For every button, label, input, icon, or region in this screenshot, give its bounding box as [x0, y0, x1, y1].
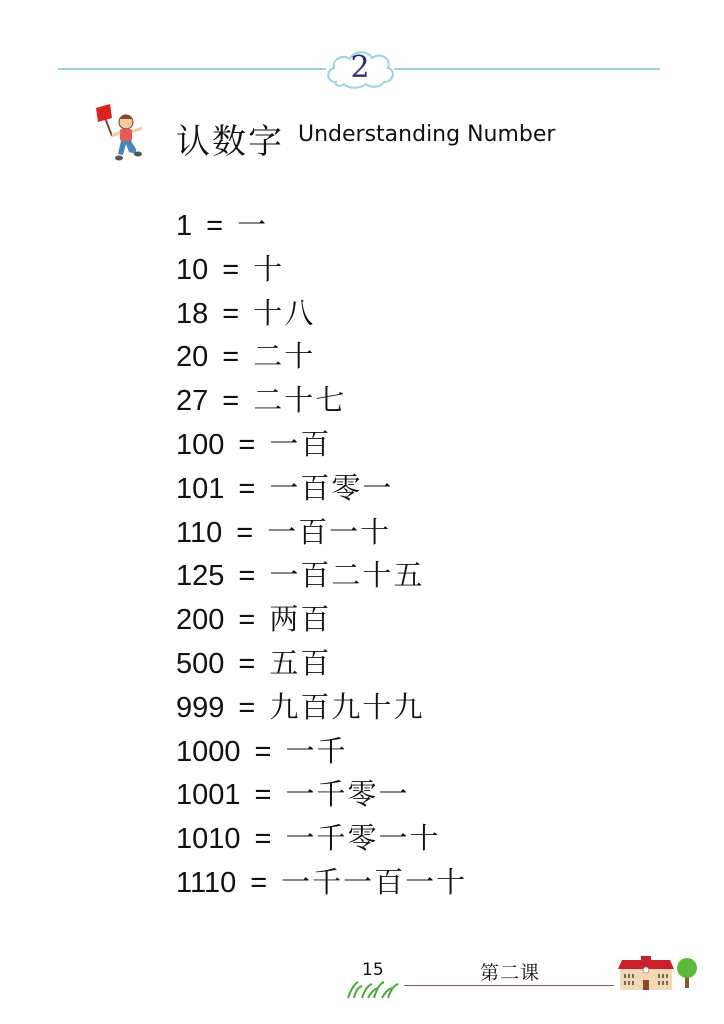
arabic-number: 125 — [176, 560, 224, 592]
chinese-number: 一千 — [285, 734, 347, 768]
chinese-number: 五百 — [269, 646, 331, 680]
number-row: 1001=一千零一 — [176, 773, 467, 817]
number-row: 125=一百二十五 — [176, 554, 467, 598]
arabic-number: 1 — [176, 210, 192, 242]
chinese-number: 一千零一 — [285, 777, 409, 811]
equals-sign: = — [241, 736, 286, 768]
chinese-number: 十八 — [253, 296, 315, 330]
arabic-number: 500 — [176, 648, 224, 680]
chinese-number: 一百零一 — [269, 471, 393, 505]
arabic-number: 10 — [176, 254, 208, 286]
grass-icon — [346, 980, 400, 1000]
number-row: 10=十 — [176, 248, 467, 292]
equals-sign: = — [241, 779, 286, 811]
boy-with-flag-icon — [92, 102, 158, 168]
chinese-number: 十 — [253, 252, 284, 286]
arabic-number: 100 — [176, 429, 224, 461]
equals-sign: = — [208, 254, 253, 286]
number-row: 500=五百 — [176, 642, 467, 686]
title-chinese: 认数字 — [176, 114, 284, 163]
school-building-icon — [618, 956, 674, 990]
arabic-number: 27 — [176, 385, 208, 417]
equals-sign: = — [224, 648, 269, 680]
tree-icon — [676, 958, 698, 988]
number-row: 1000=一千 — [176, 730, 467, 774]
equals-sign: = — [224, 429, 269, 461]
arabic-number: 1110 — [176, 867, 236, 899]
equals-sign: = — [224, 560, 269, 592]
chinese-number: 九百九十九 — [269, 690, 424, 724]
arabic-number: 18 — [176, 298, 208, 330]
equals-sign: = — [222, 517, 267, 549]
arabic-number: 1001 — [176, 779, 241, 811]
arabic-number: 1000 — [176, 736, 241, 768]
footer-rule — [404, 985, 614, 986]
chinese-number: 一 — [237, 208, 268, 242]
header-rule-right — [394, 68, 660, 70]
number-row: 999=九百九十九 — [176, 686, 467, 730]
chinese-number: 二十七 — [253, 383, 346, 417]
number-row: 1110=一千一百一十 — [176, 861, 467, 905]
number-row: 1=一 — [176, 204, 467, 248]
equals-sign: = — [236, 867, 281, 899]
arabic-number: 101 — [176, 473, 224, 505]
equals-sign: = — [224, 604, 269, 636]
page-number: 15 — [362, 960, 384, 980]
equals-sign: = — [241, 823, 286, 855]
chinese-number: 一千一百一十 — [281, 865, 467, 899]
chinese-number: 一百一十 — [267, 515, 391, 549]
chinese-number: 一百 — [269, 427, 331, 461]
arabic-number: 1010 — [176, 823, 241, 855]
chinese-number: 一百二十五 — [269, 558, 424, 592]
arabic-number: 999 — [176, 692, 224, 724]
equals-sign: = — [224, 473, 269, 505]
chinese-number: 两百 — [269, 602, 331, 636]
number-row: 101=一百零一 — [176, 467, 467, 511]
number-row: 27=二十七 — [176, 379, 467, 423]
number-list: 1=一 10=十 18=十八 20=二十 27=二十七 100=一百 101=一… — [176, 204, 467, 905]
number-row: 110=一百一十 — [176, 511, 467, 555]
number-row: 1010=一千零一十 — [176, 817, 467, 861]
chinese-number: 二十 — [253, 339, 315, 373]
equals-sign: = — [192, 210, 237, 242]
number-row: 20=二十 — [176, 335, 467, 379]
lesson-label: 第二课 — [480, 958, 540, 985]
equals-sign: = — [208, 385, 253, 417]
number-row: 18=十八 — [176, 292, 467, 336]
arabic-number: 110 — [176, 517, 222, 549]
arabic-number: 200 — [176, 604, 224, 636]
equals-sign: = — [208, 341, 253, 373]
chinese-number: 一千零一十 — [285, 821, 440, 855]
arabic-number: 20 — [176, 341, 208, 373]
lesson-badge: 2 — [322, 46, 398, 92]
lesson-number: 2 — [322, 50, 398, 86]
title-english: Understanding Number — [298, 122, 555, 147]
equals-sign: = — [208, 298, 253, 330]
equals-sign: = — [224, 692, 269, 724]
header-rule-left — [58, 68, 326, 70]
number-row: 200=两百 — [176, 598, 467, 642]
page-footer: 15 第二课 — [0, 950, 724, 1010]
number-row: 100=一百 — [176, 423, 467, 467]
